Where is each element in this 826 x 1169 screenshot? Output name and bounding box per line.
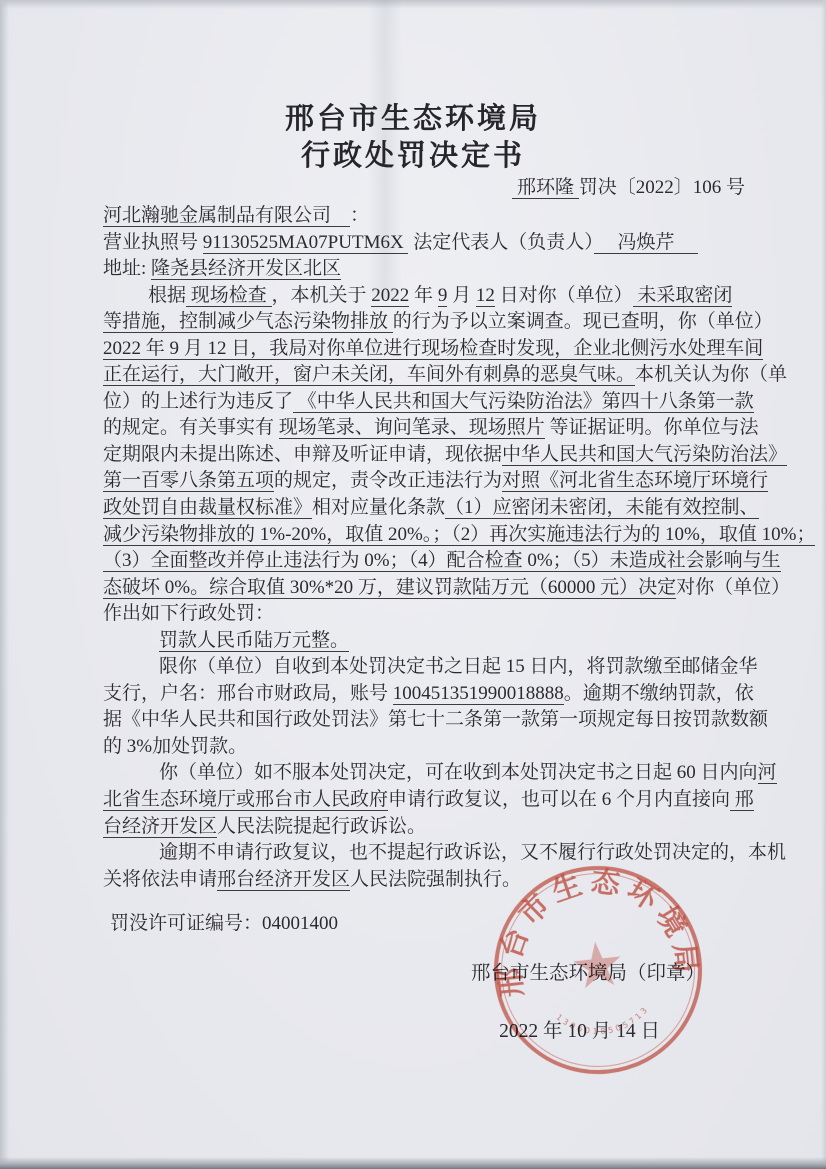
underlined-text-segment: 现场检查 <box>186 285 272 307</box>
text-segment: 营业执照号 <box>103 232 203 253</box>
document-line: 作出如下行政处罚： <box>103 601 753 628</box>
underlined-text-segment: 对照《河北省生态环境厅环境行 <box>502 470 768 492</box>
text-segment: 相对应量化条款 <box>312 497 445 518</box>
underlined-text-segment: 12 <box>476 285 495 307</box>
license-number-line: 罚没许可证编号：04001400 <box>110 908 338 935</box>
document-number: 邢环隆 罚决〔2022〕106 号 <box>512 172 745 199</box>
document-line: 定期限内未提出陈述、申辩及听证申请，现依据中华人民共和国大气污染防治法》 <box>103 442 753 469</box>
underlined-text-segment: 2022 <box>371 285 409 307</box>
document-line: 减少污染物排放的 1%-20%，取值 20%。；（2）再次实施违法行为的 10%… <box>103 522 753 549</box>
scanned-document-page: 邢台市生态环境局 行政处罚决定书 邢环隆 罚决〔2022〕106 号 河北瀚驰金… <box>0 0 826 1169</box>
underlined-text-segment: 态破坏 0%。综合取值 30%*20 万，建议罚款陆万元（60000 元）决定 <box>103 577 676 599</box>
text-segment: 位）的上述行为违反了 <box>103 391 293 412</box>
document-line: 政处罚自由裁量权标准》相对应量化条款（1）应密闭未密闭，未能有效控制、 <box>103 495 753 522</box>
text-segment: ，本机关于 <box>272 285 372 306</box>
underlined-text-segment: 邢 <box>730 789 754 811</box>
underlined-text-segment: （1）应密闭未密闭，未能有效控制、 <box>445 497 759 519</box>
scan-edge-top <box>0 0 826 9</box>
official-seal-stamp: 邢台市生态环境局 1306018505713 ★ <box>484 856 713 1085</box>
text-segment: 人民法院提起行政诉讼。 <box>217 816 426 837</box>
underlined-text-segment: 9 <box>438 285 448 307</box>
underlined-text-segment: 100451351990018888 <box>393 683 564 705</box>
scan-edge-bottom <box>0 1157 826 1169</box>
document-number-prefix: 邢环隆 <box>512 177 579 199</box>
underlined-text-segment: （3）全面整改并停止违法行为 0%；（4）配合检查 0%；（5）未造成社会影响与… <box>103 550 781 572</box>
text-segment: 据《中华人民共和国行政处罚法》第七十二条第一款第一项规定每日按罚款数额 <box>103 709 768 730</box>
underlined-text-segment: 台经济开发区 <box>103 816 217 838</box>
text-segment: ： <box>350 205 369 226</box>
seal-code-text: 1306018505713 <box>554 1003 653 1041</box>
text-segment: 关将依法申请 <box>103 869 217 890</box>
underlined-text-segment: 正在运行，大门敞开，窗户未关闭，车间外有刺鼻的恶臭气味。 <box>103 364 635 386</box>
document-line: 2022 年 9 月 12 日，我局对你单位进行现场检查时发现，企业北侧污水处理… <box>103 336 753 363</box>
text-segment: 定期限内未提出陈述、申辩及听证申请，现依据 <box>103 444 502 465</box>
document-line: 地址: 隆尧县经济开发区北区 <box>103 256 753 283</box>
underlined-text-segment: 现场笔录、询问笔录、现场照片 <box>279 417 545 439</box>
text-segment: 年 <box>409 285 438 306</box>
underlined-text-segment: 河 <box>758 762 777 784</box>
text-segment: 支行，户名：邢台市财政局，账号 <box>103 683 393 704</box>
text-segment: 根据 <box>148 285 186 306</box>
text-segment: 月 <box>447 285 476 306</box>
underlined-text-segment: 等措施，控制减少气态污染物排放 <box>103 311 393 333</box>
underlined-text-segment: 未采取密闭 <box>633 285 733 307</box>
document-line: 正在运行，大门敞开，窗户未关闭，车间外有刺鼻的恶臭气味。本机关认为你（单 <box>103 362 753 389</box>
underlined-text-segment: 减少污染物排放的 1%-20%，取值 20%。；（2）再次实施违法行为的 10%… <box>103 524 815 546</box>
document-line: （3）全面整改并停止违法行为 0%；（4）配合检查 0%；（5）未造成社会影响与… <box>103 548 753 575</box>
document-line: 罚款人民币陆万元整。 <box>103 628 753 655</box>
text-segment: 本机关认为你（单 <box>635 364 787 385</box>
document-line: 根据 现场检查 ，本机关于 2022 年 9 月 12 日对你（单位） 未采取密… <box>103 283 753 310</box>
document-title-line1: 邢台市生态环境局 <box>0 101 826 138</box>
document-line: 营业执照号 91130525MA07PUTM6X 法定代表人（负责人） 冯焕芹 <box>103 230 753 257</box>
underlined-text-segment: 政处罚自由裁量权标准》 <box>103 497 312 519</box>
underlined-text-segment: 中华人民共和国大气污染防治法》 <box>502 444 787 466</box>
text-segment: 申请行政复议，也可以在 6 个月内直接向 <box>388 789 730 810</box>
document-title-line2: 行政处罚决定书 <box>0 138 826 175</box>
underlined-text-segment: 91130525MA07PUTM6X <box>203 232 409 254</box>
text-segment: 的规定，责令改正违法行为 <box>274 470 502 491</box>
document-number-rest: 罚决〔2022〕106 号 <box>579 177 745 198</box>
text-segment: 等证据证明。你单位与法 <box>545 417 759 438</box>
underlined-text-segment: 《中华人民共和国大气污染防治法》第四十八条第一款 <box>293 391 754 413</box>
underlined-text-segment: 第一百零八条第五项 <box>103 470 274 492</box>
underlined-text-segment: 邢台经济开发区 <box>217 869 350 891</box>
underlined-text-segment: 罚款人民币陆万元整。 <box>159 630 349 652</box>
document-line: 第一百零八条第五项的规定，责令改正违法行为对照《河北省生态环境厅环境行 <box>103 468 753 495</box>
underlined-text-segment: 冯焕芹 <box>594 232 699 254</box>
underlined-text-segment: 北省生态环境厅或邢台市人民政府 <box>103 789 388 811</box>
document-line: 态破坏 0%。综合取值 30%*20 万，建议罚款陆万元（60000 元）决定对… <box>103 575 753 602</box>
document-line: 的规定。有关事实有 现场笔录、询问笔录、现场照片 等证据证明。你单位与法 <box>103 415 753 442</box>
document-line: 据《中华人民共和国行政处罚法》第七十二条第一款第一项规定每日按罚款数额 <box>103 707 753 734</box>
text-segment: 的规定。有关事实有 <box>103 417 279 438</box>
svg-text:1306018505713: 1306018505713 <box>554 1003 653 1041</box>
document-line: 台经济开发区人民法院提起行政诉讼。 <box>103 814 753 841</box>
document-line: 限你（单位）自收到本处罚决定书之日起 15 日内，将罚款缴至邮储金华 <box>103 654 753 681</box>
document-title: 邢台市生态环境局 行政处罚决定书 <box>0 101 826 175</box>
underlined-text-segment: 隆尧县经济开发区北区 <box>151 258 341 280</box>
text-segment: 限你（单位）自收到本处罚决定书之日起 15 日内，将罚款缴至邮储金华 <box>159 656 758 677</box>
text-segment: 对你（单位） <box>676 577 790 598</box>
text-segment: 地址: <box>103 258 151 279</box>
text-segment: 的行为予以立案调查。现已查明，你（单位） <box>393 311 773 332</box>
text-segment: 作出如下行政处罚： <box>103 603 274 624</box>
text-segment: 。逾期不缴纳罚款，依 <box>564 683 754 704</box>
document-line: 你（单位）如不服本处罚决定，可在收到本处罚决定书之日起 60 日内向河 <box>103 760 753 787</box>
scan-edge-left <box>0 0 9 1169</box>
underlined-text-segment: 河北瀚驰金属制品有限公司 <box>103 205 350 227</box>
document-line: 支行，户名：邢台市财政局，账号 100451351990018888。逾期不缴纳… <box>103 681 753 708</box>
document-line: 河北瀚驰金属制品有限公司 ： <box>103 203 753 230</box>
text-segment: 法定代表人（负责人） <box>408 232 593 253</box>
underlined-text-segment: 2022 年 9 月 12 日，我局对你单位进行现场检查时发现，企业北侧污水处理… <box>103 338 763 360</box>
text-segment: 逾期不申请行政复议，也不提起行政诉讼，又不履行行政处罚决定的，本机 <box>159 842 786 863</box>
scan-edge-right <box>821 0 826 1169</box>
document-line: 北省生态环境厅或邢台市人民政府申请行政复议，也可以在 6 个月内直接向 邢 <box>103 787 753 814</box>
text-segment: 你（单位）如不服本处罚决定，可在收到本处罚决定书之日起 60 日内向 <box>159 762 758 783</box>
text-segment: 的 3%加处罚款。 <box>103 736 247 757</box>
text-segment: 日对你（单位） <box>495 285 633 306</box>
document-body-lines: 河北瀚驰金属制品有限公司 ：营业执照号 91130525MA07PUTM6X 法… <box>103 203 753 893</box>
document-line: 的 3%加处罚款。 <box>103 734 753 761</box>
document-line: 位）的上述行为违反了 《中华人民共和国大气污染防治法》第四十八条第一款 <box>103 389 753 416</box>
document-line: 等措施，控制减少气态污染物排放 的行为予以立案调查。现已查明，你（单位） <box>103 309 753 336</box>
